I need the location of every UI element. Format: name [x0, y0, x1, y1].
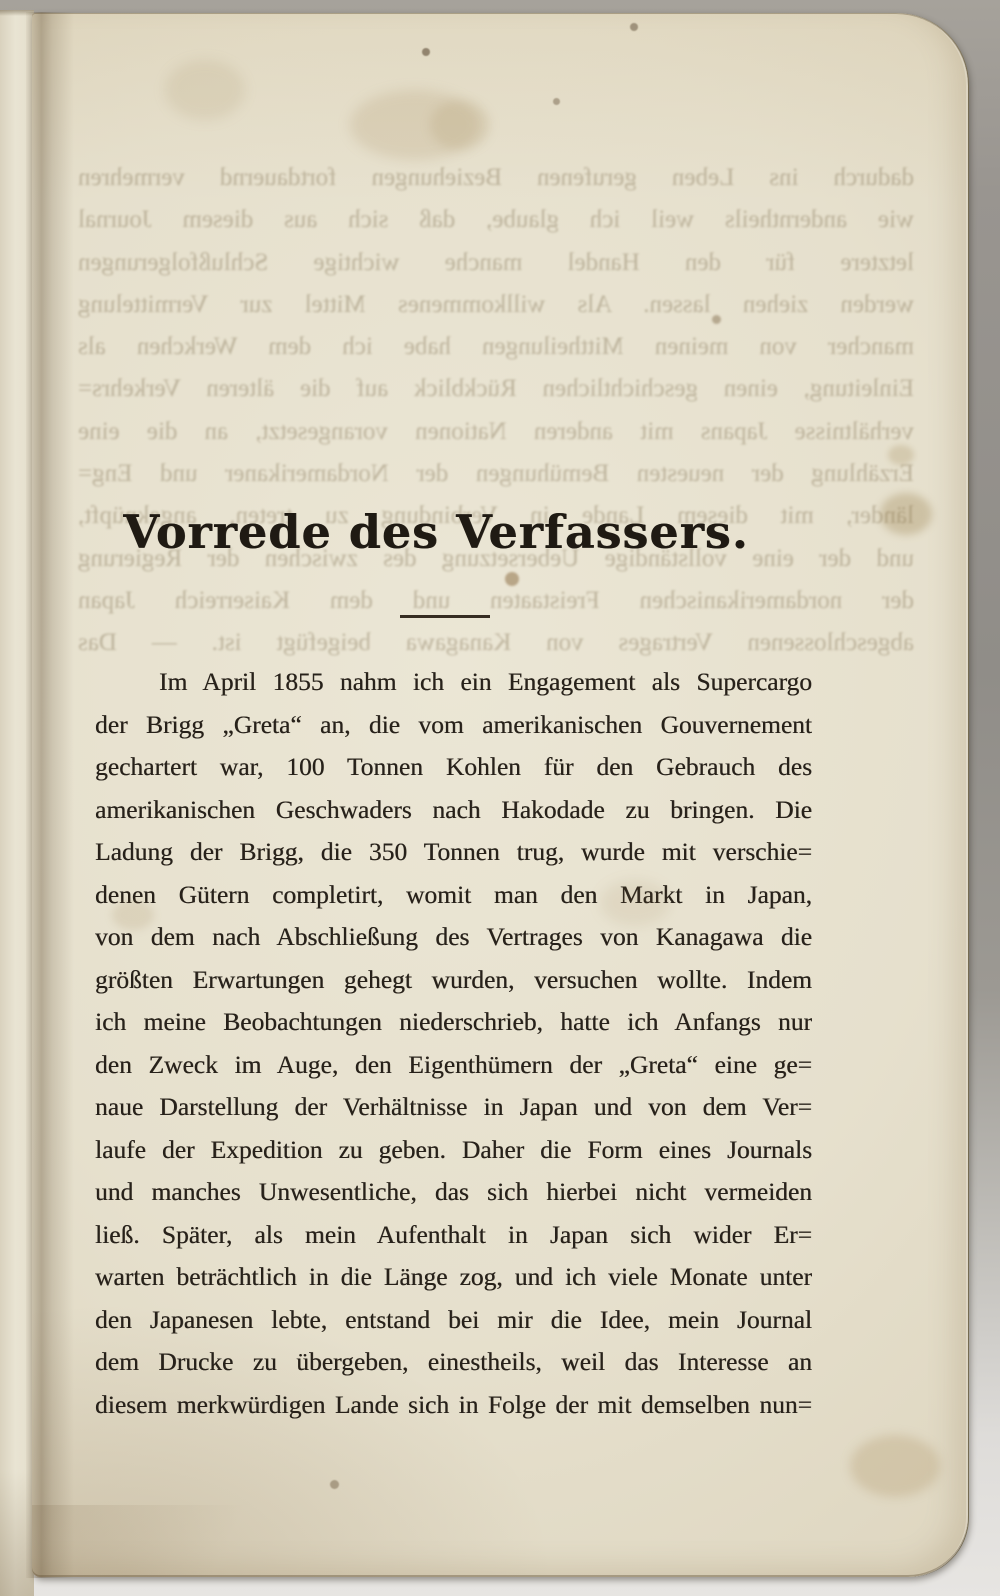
- body-text-line: der Brigg „Greta“ an, die vom amerikanis…: [95, 704, 812, 747]
- ghost-text-line: abgeschlossenen Vertrages von Kanagawa b…: [78, 622, 914, 664]
- body-text-line: Ladung der Brigg, die 350 Tonnen trug, w…: [95, 831, 812, 874]
- body-text-line: Im April 1855 nahm ich ein Engagement al…: [95, 661, 812, 704]
- body-text-line: und manches Unwesentliche, das sich hier…: [95, 1171, 812, 1214]
- body-text-line: ließ. Später, als mein Aufenthalt in Jap…: [95, 1214, 812, 1257]
- stain: [430, 100, 490, 150]
- body-text-line: ich meine Beobachtungen niederschrieb, h…: [95, 1001, 812, 1044]
- stain: [850, 1435, 940, 1497]
- stain-dot: [630, 23, 638, 31]
- ghost-text-line: Erzählung der neuesten Bemühungen der No…: [78, 453, 914, 495]
- stain: [165, 60, 245, 120]
- body-text-line: naue Darstellung der Verhältnisse in Jap…: [95, 1086, 812, 1129]
- ghost-text-line: werden ziehen lassen. Als willkommenes M…: [78, 284, 914, 326]
- body-text-line: den Zweck im Auge, den Eigenthümern der …: [95, 1044, 812, 1087]
- body-text-line: dem Drucke zu übergeben, einestheils, we…: [95, 1341, 812, 1384]
- body-text-line: den Japanesen lebte, entstand bei mir di…: [95, 1299, 812, 1342]
- book-page: dadurch ins Leben gerufenen Beziehungen …: [32, 13, 968, 1577]
- underlying-page-edges: [0, 10, 34, 1596]
- ghost-text-line: dadurch ins Leben gerufenen Beziehungen …: [78, 157, 914, 199]
- body-text-line: diesem merkwürdigen Lande sich in Folge …: [95, 1384, 812, 1427]
- page-title: Vorrede des Verfassers.: [76, 505, 796, 559]
- body-text-line: denen Gütern completirt, womit man den M…: [95, 874, 812, 917]
- body-text-line: laufe der Expedition zu geben. Daher die…: [95, 1129, 812, 1172]
- body-text-line: von dem nach Abschließung des Vertrages …: [95, 916, 812, 959]
- ghost-text-line: verhältnisse Japans mit anderen Nationen…: [78, 411, 914, 453]
- ghost-text-line: wie anderntheils weil ich glaube, daß si…: [78, 199, 914, 241]
- book-photo: { "document": { "title": "Vorrede des Ve…: [0, 0, 1000, 1596]
- ghost-text-line: Einleitung, einen geschichtlichen Rückbl…: [78, 368, 914, 410]
- stain-dot: [422, 48, 430, 56]
- body-text: Im April 1855 nahm ich ein Engagement al…: [95, 661, 812, 1426]
- ghost-text-line: der nordamerikanischen Freistaaten und d…: [78, 580, 914, 622]
- body-text-line: größten Erwartungen gehegt wurden, versu…: [95, 959, 812, 1002]
- body-text-line: amerikanischen Geschwaders nach Hakodade…: [95, 789, 812, 832]
- page-curl-crease: [32, 1505, 352, 1577]
- stain-dot: [553, 98, 560, 105]
- body-text-line: warten beträchtlich in die Länge zog, un…: [95, 1256, 812, 1299]
- stain: [350, 90, 480, 160]
- ghost-text-line: mancher von meinen Mittheilungen habe ic…: [78, 326, 914, 368]
- stain-dot: [330, 1480, 339, 1489]
- verso-showthrough-text: dadurch ins Leben gerufenen Beziehungen …: [78, 157, 914, 665]
- body-text-line: gechartert war, 100 Tonnen Kohlen für de…: [95, 746, 812, 789]
- ghost-text-line: letztere für den Handel manche wichtige …: [78, 242, 914, 284]
- title-divider-rule: [400, 615, 490, 618]
